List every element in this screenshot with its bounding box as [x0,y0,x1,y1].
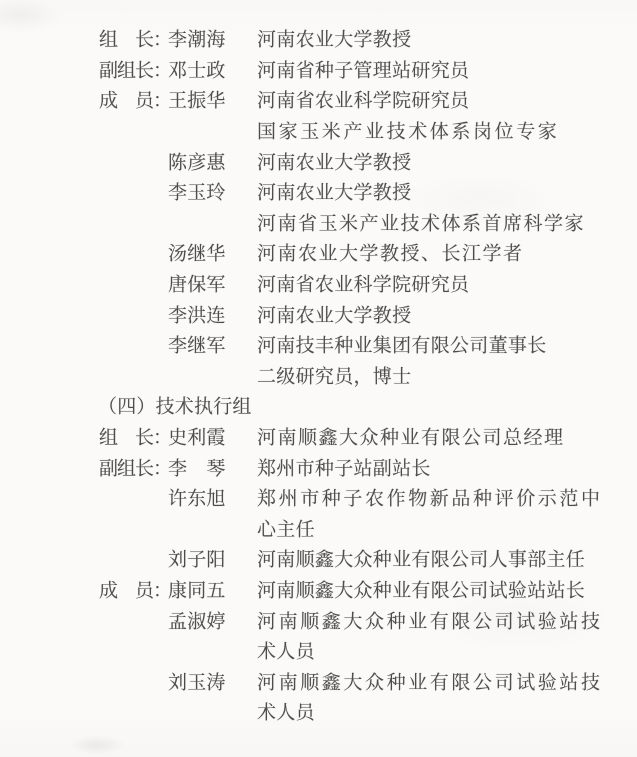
document-line: 副组长：邓士政河南省种子管理站研究员 [0,56,637,87]
member-title: 河南技丰种业集团有限公司董事长 [257,337,547,356]
member-name: 刘子阳 [168,551,226,570]
document-line: 成 员：康同五河南顺鑫大众种业有限公司试验站站长 [0,576,637,607]
member-title: 河南顺鑫大众种业有限公司试验站技 [257,612,603,631]
member-title: 河南省农业科学院研究员 [257,276,469,295]
member-title: 国家玉米产业技术体系岗位专家 [257,123,559,142]
member-name: 汤继华 [168,245,226,264]
member-name: 刘玉涛 [168,673,226,692]
document-line: 唐保军河南省农业科学院研究员 [0,270,637,301]
member-title: 河南顺鑫大众种业有限公司试验站站长 [257,581,585,600]
member-title: 河南农业大学教授 [257,31,411,50]
member-name: 李 琴 [168,459,226,478]
document-line: 组 长：史利霞河南顺鑫大众种业有限公司总经理 [0,423,637,454]
section-heading: （四）技术执行组 [0,392,637,423]
role-label: 成 员： [99,92,171,111]
member-title: 河南省农业科学院研究员 [257,92,469,111]
role-label: 组 长： [99,31,171,50]
document-line: 副组长：李 琴郑州市种子站副站长 [0,453,637,484]
member-title: 郑州市种子站副站长 [257,459,431,478]
member-title: 二级研究员，博士 [257,367,411,386]
document-line: 术人员 [0,637,637,668]
document-line: 术人员 [0,698,637,729]
member-title: 术人员 [257,704,315,723]
member-name: 唐保军 [168,276,226,295]
document-line: 李洪连河南农业大学教授 [0,300,637,331]
member-title: 河南顺鑫大众种业有限公司总经理 [257,429,565,448]
role-label: 副组长： [99,61,171,80]
member-title: 心主任 [257,520,315,539]
member-title: 河南农业大学教授 [257,153,411,172]
member-title: 河南农业大学教授、长江学者 [257,245,524,264]
document-line: 组 长：李潮海河南农业大学教授 [0,25,637,56]
member-title: 河南农业大学教授 [257,184,411,203]
member-name: 李潮海 [168,31,226,50]
member-title: 郑州市种子农作物新品种评价示范中 [257,490,603,509]
member-name: 史利霞 [168,429,226,448]
member-title: 河南顺鑫大众种业有限公司试验站技 [257,673,603,692]
document-line: 二级研究员，博士 [0,362,637,393]
section-heading-text: （四）技术执行组 [98,398,252,417]
document-line: 刘玉涛河南顺鑫大众种业有限公司试验站技 [0,667,637,698]
member-name: 康同五 [168,581,226,600]
member-name: 王振华 [168,92,226,111]
member-name: 陈彦惠 [168,153,226,172]
document-line: 李继军河南技丰种业集团有限公司董事长 [0,331,637,362]
document-page: 组 长：李潮海河南农业大学教授副组长：邓士政河南省种子管理站研究员成 员：王振华… [0,0,637,757]
member-title: 河南顺鑫大众种业有限公司人事部主任 [257,551,585,570]
document-line: 成 员：王振华河南省农业科学院研究员 [0,86,637,117]
member-title: 河南省玉米产业技术体系首席科学家 [257,214,585,233]
document-line: 刘子阳河南顺鑫大众种业有限公司人事部主任 [0,545,637,576]
document-line: 河南省玉米产业技术体系首席科学家 [0,209,637,240]
role-label: 组 长： [99,429,171,448]
document-line: 汤继华河南农业大学教授、长江学者 [0,239,637,270]
member-title: 河南农业大学教授 [257,306,411,325]
member-name: 李洪连 [168,306,226,325]
document-line: 国家玉米产业技术体系岗位专家 [0,117,637,148]
member-name: 许东旭 [168,490,226,509]
role-label: 成 员： [99,581,171,600]
document-line: 李玉玲河南农业大学教授 [0,178,637,209]
member-name: 孟淑婷 [168,612,226,631]
role-label: 副组长： [99,459,171,478]
member-title: 河南省种子管理站研究员 [257,61,469,80]
document-line: 孟淑婷河南顺鑫大众种业有限公司试验站技 [0,606,637,637]
member-name: 李玉玲 [168,184,226,203]
member-name: 李继军 [168,337,226,356]
document-line: 心主任 [0,515,637,546]
member-name: 邓士政 [168,61,226,80]
document-line: 许东旭郑州市种子农作物新品种评价示范中 [0,484,637,515]
document-line: 陈彦惠河南农业大学教授 [0,147,637,178]
document-body: 组 长：李潮海河南农业大学教授副组长：邓士政河南省种子管理站研究员成 员：王振华… [0,25,637,729]
member-title: 术人员 [257,643,315,662]
